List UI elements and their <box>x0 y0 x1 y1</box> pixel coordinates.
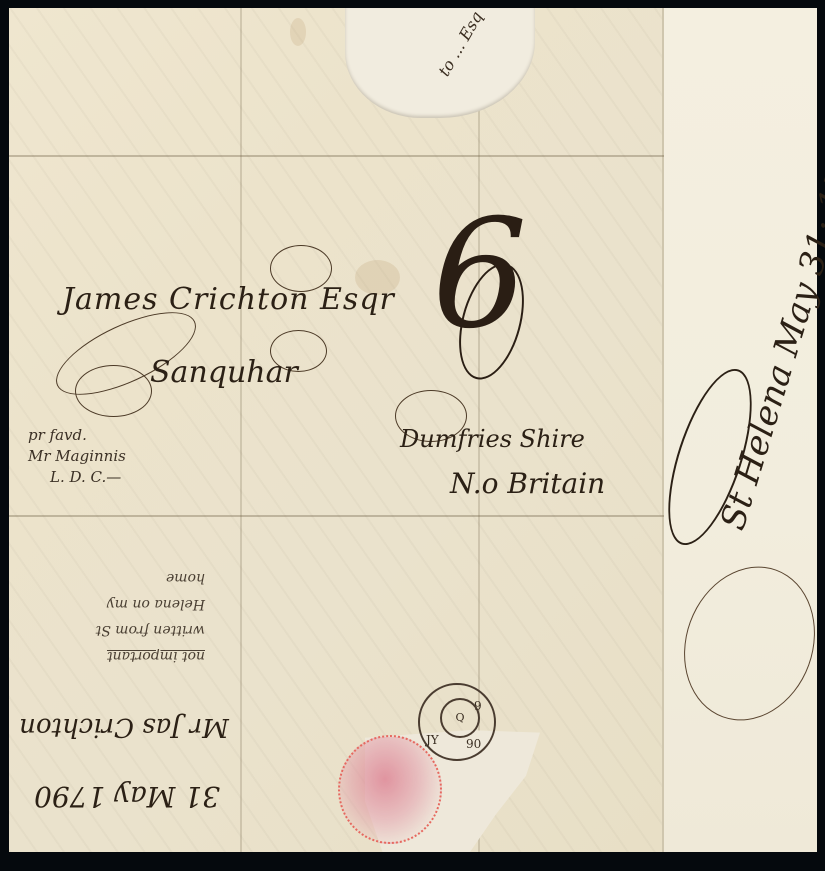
docket-note-line: home <box>25 565 205 591</box>
docket-date: 31 May 1790 <box>22 780 232 813</box>
fold-line-middle <box>9 515 664 517</box>
addressee-town: Sanquhar <box>150 355 298 390</box>
docket-note-line: not important <box>25 643 205 669</box>
paper-stain <box>290 18 306 46</box>
left-note: pr favd. Mr Maginnis L. D. C.— <box>28 425 126 488</box>
addressee-name: James Crichton Esqr <box>62 282 395 317</box>
docket-name: Mr Jas Crichton <box>14 712 234 742</box>
docket-note: not important written from St Helena on … <box>25 565 205 669</box>
left-note-line: L. D. C.— <box>28 467 126 488</box>
addressee-county: Dumfries Shire <box>400 425 585 453</box>
red-wax-seal <box>338 735 442 844</box>
postage-rate-marking: 6 <box>432 200 527 350</box>
left-note-line: pr favd. <box>28 425 126 446</box>
postmark: Q 9 JY 90 <box>418 683 496 761</box>
address-flourish <box>75 365 152 417</box>
fold-line-top <box>9 155 664 157</box>
postmark-month: JY <box>426 733 439 747</box>
left-note-line: Mr Maginnis <box>28 446 126 467</box>
docket-note-line: Helena on my <box>25 591 205 617</box>
addressee-country: N.o Britain <box>450 467 605 500</box>
fold-line-left <box>240 8 242 852</box>
docket-note-line: written from St <box>25 617 205 643</box>
postmark-day: 9 <box>474 699 482 713</box>
postmark-year: 90 <box>466 737 481 751</box>
